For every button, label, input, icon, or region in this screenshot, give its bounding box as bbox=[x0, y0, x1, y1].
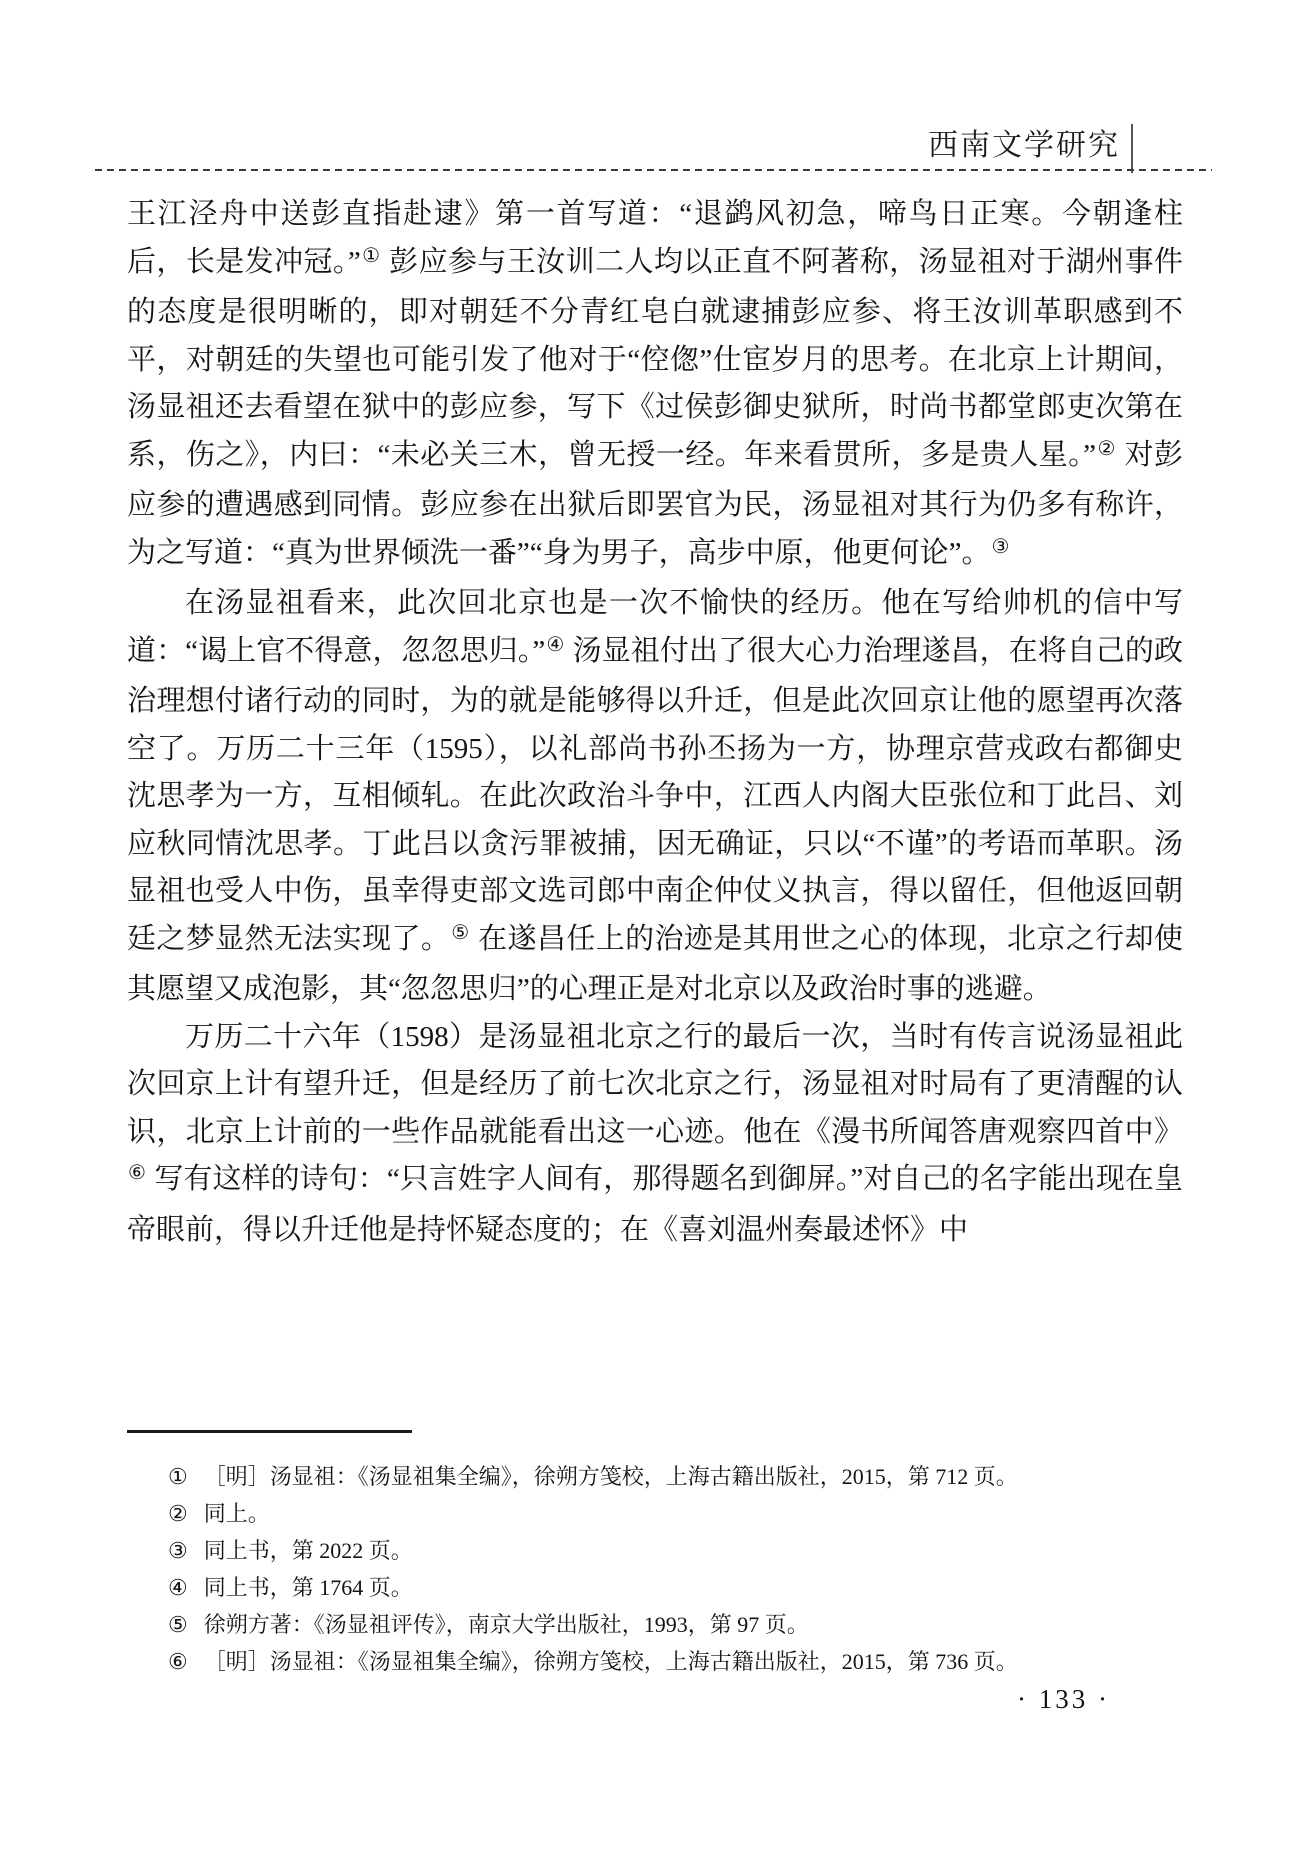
footnote-item: ①［明］汤显祖：《汤显祖集全编》，徐朔方笺校，上海古籍出版社，2015，第 71… bbox=[127, 1458, 1183, 1495]
footnote-number: ⑥ bbox=[168, 1649, 188, 1674]
footnote-item: ④同上书，第 1764 页。 bbox=[127, 1569, 1183, 1606]
body-text: 王江泾舟中送彭直指赴逮》第一首写道：“退鹢风初急，啼鸟日正寒。今朝逢柱后，长是发… bbox=[127, 191, 1183, 1254]
footnote-item: ②同上。 bbox=[127, 1495, 1183, 1532]
footnote-item: ⑤徐朔方著：《汤显祖评传》，南京大学出版社，1993，第 97 页。 bbox=[127, 1606, 1183, 1643]
footnote-text: ［明］汤显祖：《汤显祖集全编》，徐朔方笺校，上海古籍出版社，2015，第 736… bbox=[204, 1649, 1018, 1674]
footnote-text: 徐朔方著：《汤显祖评传》，南京大学出版社，1993，第 97 页。 bbox=[204, 1612, 809, 1637]
footnote-text: 同上。 bbox=[204, 1501, 270, 1526]
footnote-ref: ⑤ bbox=[450, 922, 470, 944]
text-run: 万历二十六年（1598）是汤显祖北京之行的最后一次，当时有传言说汤显祖此次回京上… bbox=[127, 1021, 1183, 1148]
footnote-separator bbox=[127, 1430, 412, 1433]
footnote-item: ③同上书，第 2022 页。 bbox=[127, 1532, 1183, 1569]
footnote-ref: ④ bbox=[545, 634, 565, 656]
header-vertical-bar bbox=[1131, 124, 1133, 173]
footnote-ref: ⑥ bbox=[127, 1162, 147, 1184]
text-run: 彭应参与王汝训二人均以正直不阿著称，汤显祖对于湖州事件的态度是很明晰的，即对朝廷… bbox=[127, 246, 1183, 471]
footnote-item: ⑥［明］汤显祖：《汤显祖集全编》，徐朔方笺校，上海古籍出版社，2015，第 73… bbox=[127, 1643, 1183, 1680]
footnote-ref: ① bbox=[361, 245, 382, 267]
footnote-number: ② bbox=[168, 1501, 188, 1526]
body-paragraph: 万历二十六年（1598）是汤显祖北京之行的最后一次，当时有传言说汤显祖此次回京上… bbox=[127, 1014, 1183, 1255]
footnote-text: 同上书，第 1764 页。 bbox=[204, 1575, 413, 1600]
footnote-number: ④ bbox=[168, 1575, 188, 1600]
body-paragraph: 王江泾舟中送彭直指赴逮》第一首写道：“退鹢风初急，啼鸟日正寒。今朝逢柱后，长是发… bbox=[127, 191, 1183, 580]
footnotes-list: ①［明］汤显祖：《汤显祖集全编》，徐朔方笺校，上海古籍出版社，2015，第 71… bbox=[127, 1458, 1183, 1680]
footnote-ref: ③ bbox=[991, 536, 1011, 558]
document-page: 西南文学研究 王江泾舟中送彭直指赴逮》第一首写道：“退鹢风初急，啼鸟日正寒。今朝… bbox=[0, 0, 1307, 1859]
footnote-text: ［明］汤显祖：《汤显祖集全编》，徐朔方笺校，上海古籍出版社，2015，第 712… bbox=[204, 1464, 1018, 1489]
footnote-number: ① bbox=[168, 1464, 188, 1489]
footnote-number: ③ bbox=[168, 1538, 188, 1563]
footnote-ref: ② bbox=[1096, 438, 1117, 460]
header-dashed-rule bbox=[95, 169, 1212, 171]
page-number: · 133 · bbox=[1017, 1684, 1110, 1715]
text-run: 写有这样的诗句：“只言姓字人间有，那得题名到御屏。”对自己的名字能出现在皇帝眼前… bbox=[127, 1163, 1183, 1246]
running-head-title: 西南文学研究 bbox=[928, 120, 1120, 164]
text-run: 汤显祖付出了很大心力治理遂昌，在将自己的政治理想付诸行动的同时，为的就是能够得以… bbox=[127, 635, 1183, 955]
footnote-number: ⑤ bbox=[168, 1612, 188, 1637]
footnote-text: 同上书，第 2022 页。 bbox=[204, 1538, 413, 1563]
body-paragraph: 在汤显祖看来，此次回北京也是一次不愉快的经历。他在写给帅机的信中写道：“谒上官不… bbox=[127, 580, 1183, 1014]
